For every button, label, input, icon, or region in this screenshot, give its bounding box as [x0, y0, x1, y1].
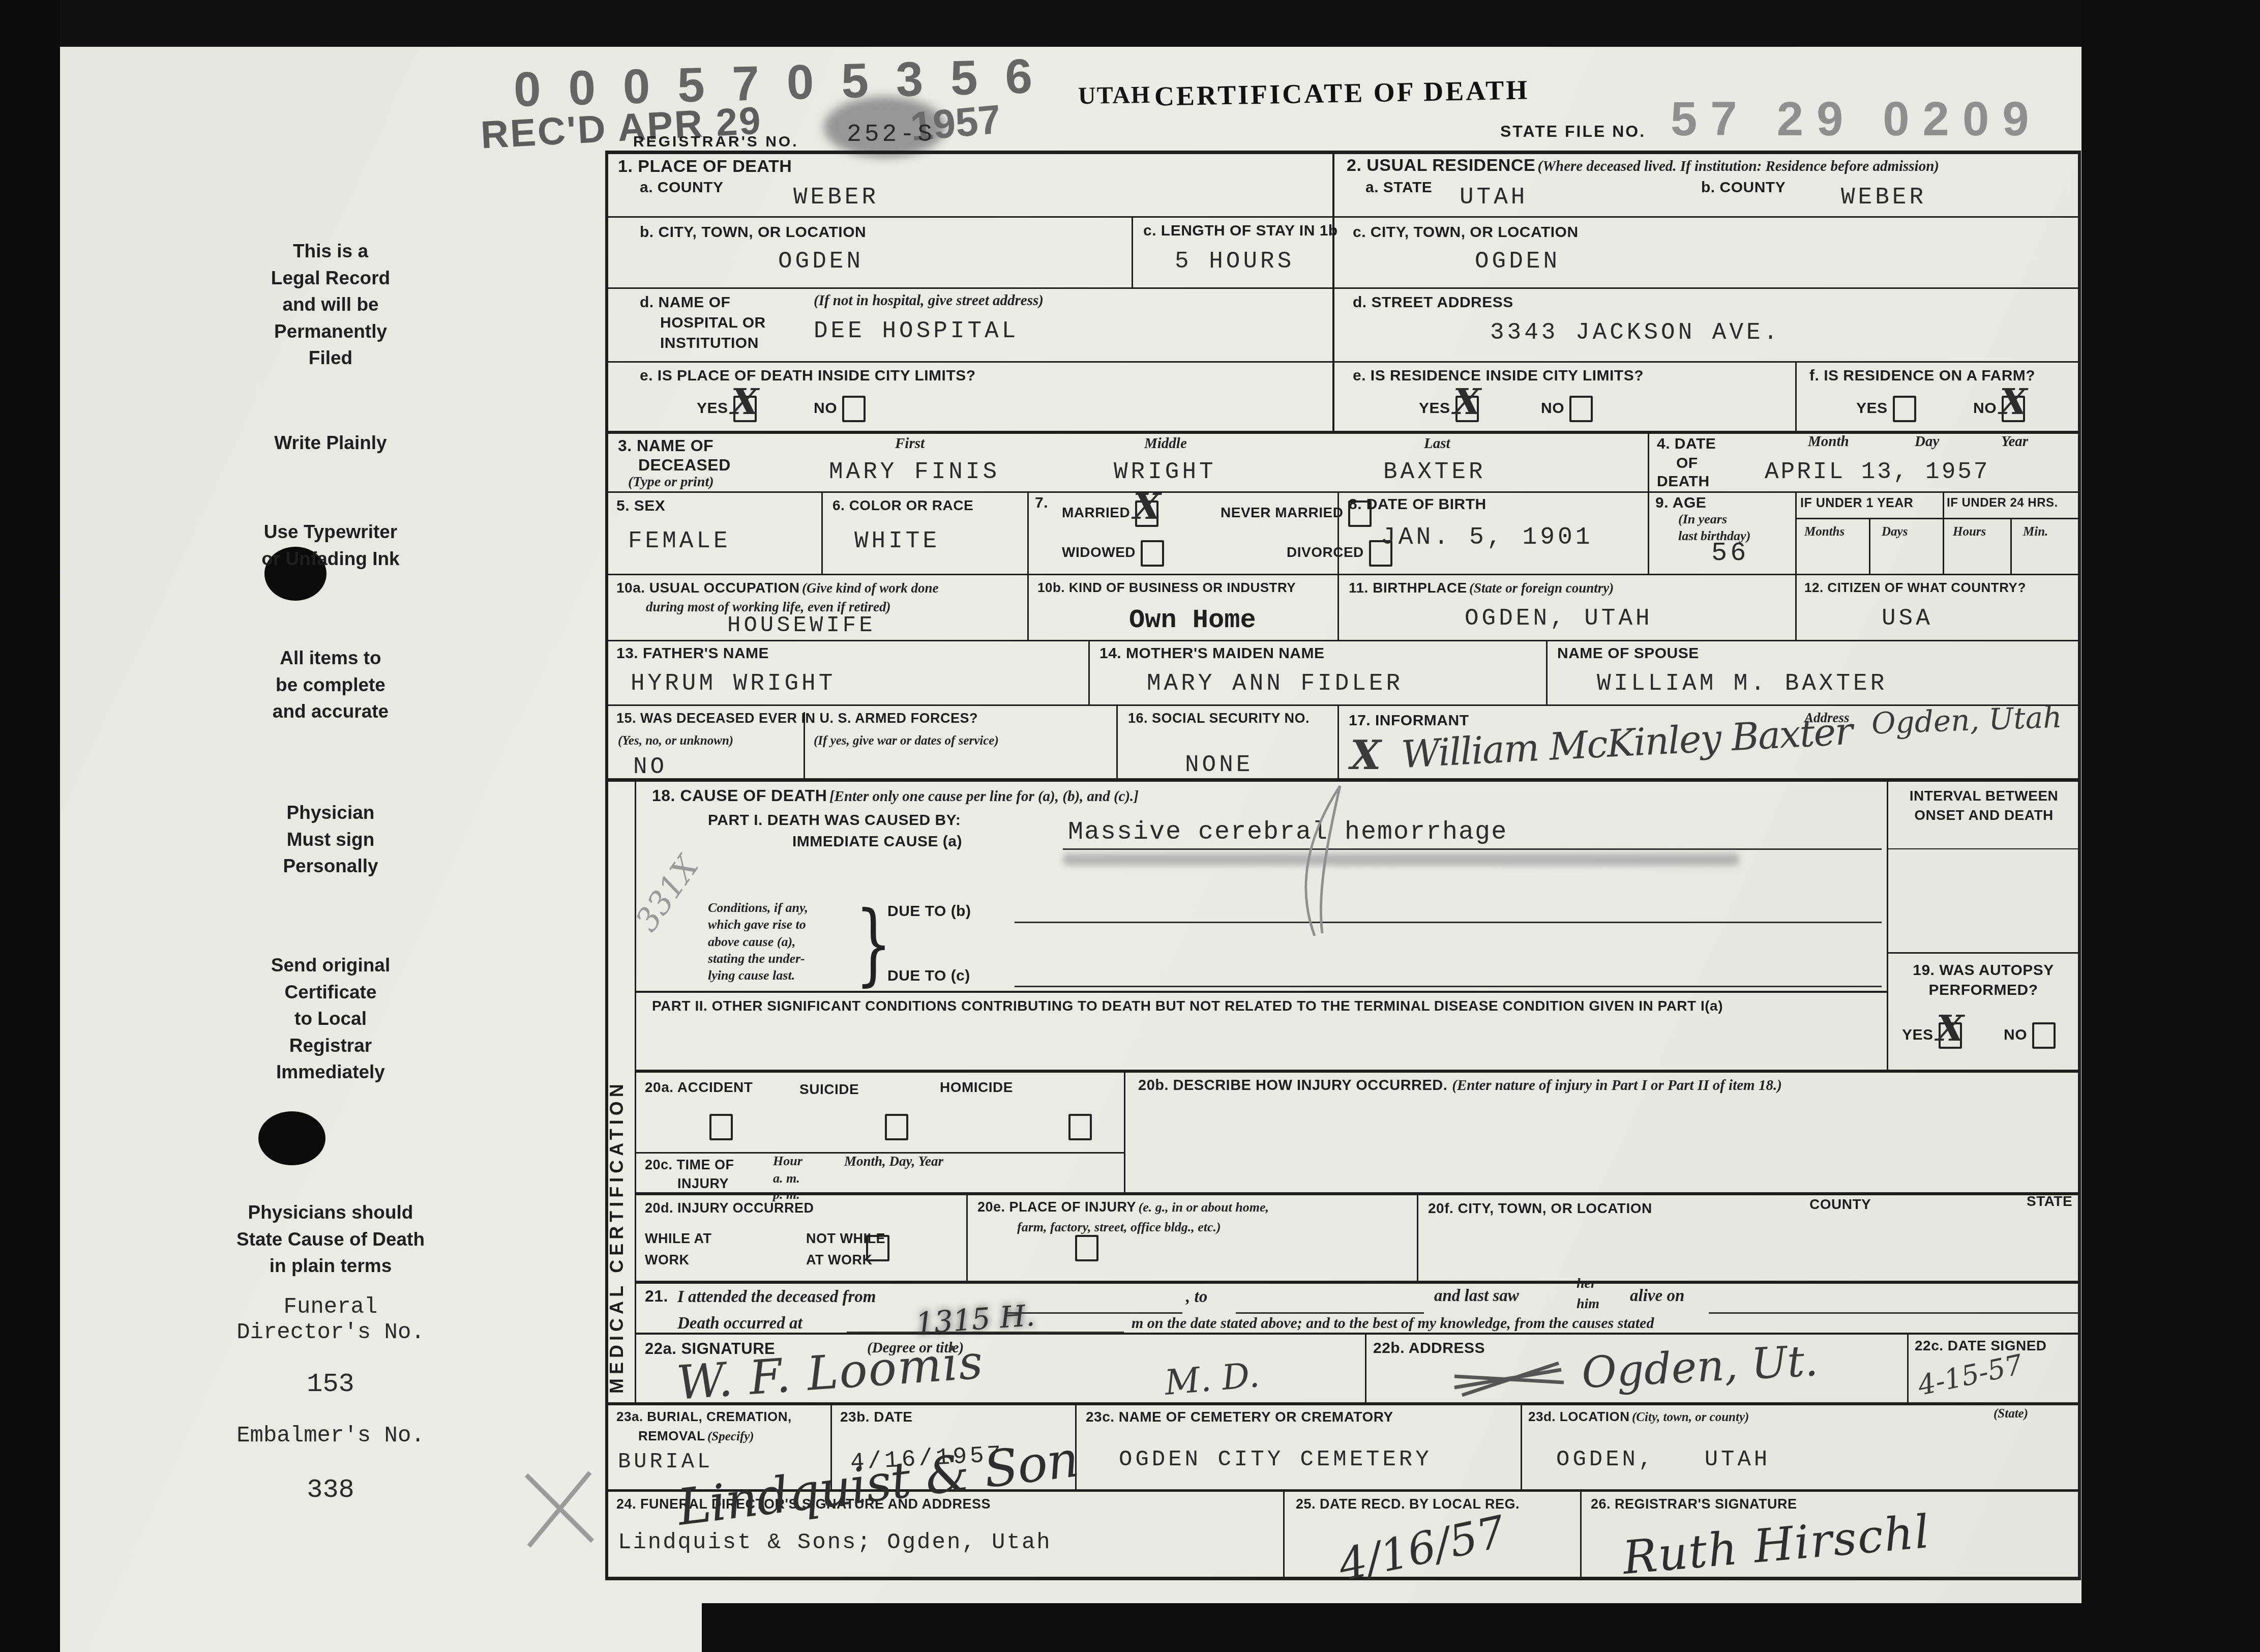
s3-middle-head: Middle — [1144, 435, 1187, 452]
s9-min-head: Min. — [2023, 525, 2048, 539]
state-file-number: 57 29 0209 — [1671, 92, 2042, 146]
s3-title: DECEASED — [638, 456, 731, 475]
write-in-line — [1063, 848, 1882, 850]
s3-last-head: Last — [1424, 435, 1450, 452]
s17-x-mark: X — [1350, 732, 1381, 779]
s23c-value: OGDEN CITY CEMETERY — [1119, 1447, 1432, 1472]
s1a-value: WEBER — [793, 184, 879, 211]
s16-label: 16. SOCIAL SECURITY NO. — [1128, 711, 1310, 726]
s23a-removal: REMOVAL — [638, 1428, 705, 1443]
s17-address-label: Address — [1804, 710, 1850, 726]
s2e-label: e. IS RESIDENCE INSIDE CITY LIMITS? — [1353, 367, 1644, 385]
s9-days-head: Days — [1882, 525, 1908, 539]
grid-line — [635, 991, 1887, 993]
s11-hint: (State or foreign country) — [1469, 580, 1614, 596]
s10a-label-row: 10a. USUAL OCCUPATION (Give kind of work… — [616, 580, 939, 596]
s15-hint1: (Yes, no, or unknown) — [618, 734, 733, 748]
margin-note-send-original: Send original Certificate to Local Regis… — [76, 952, 585, 1086]
s6-label: 6. COLOR OR RACE — [832, 497, 973, 514]
write-in-line — [1015, 986, 1882, 987]
s1d-label: d. NAME OF — [640, 294, 730, 311]
yes-label: YES — [697, 400, 728, 417]
grid-line — [635, 778, 636, 1404]
s20c-label: INJURY — [677, 1176, 729, 1192]
s6-value: WHITE — [854, 528, 940, 554]
s1a-label: a. COUNTY — [640, 179, 724, 196]
grid-line — [1795, 491, 1797, 574]
grid-line — [635, 1070, 2081, 1073]
s20e-label-row: 20e. PLACE OF INJURY (e. g., in or about… — [977, 1199, 1269, 1215]
grid-line — [1365, 1333, 1366, 1403]
grid-line — [1417, 1193, 1418, 1282]
pencil-x-mark — [519, 1465, 600, 1551]
widowed-label: WIDOWED — [1062, 544, 1136, 560]
s23d-state-hint: (State) — [1994, 1407, 2028, 1421]
s20f-label: 20f. CITY, TOWN, OR LOCATION — [1428, 1200, 1652, 1217]
s21-death-occurred-text: Death occurred at — [677, 1314, 802, 1333]
s1-title: 1. PLACE OF DEATH — [618, 157, 792, 176]
s20a-suicide-label: SUICIDE — [799, 1081, 859, 1098]
grid-line — [635, 1281, 2081, 1284]
s18-title-row: 18. CAUSE OF DEATH [Enter only one cause… — [652, 786, 1139, 805]
grid-line — [1124, 1071, 1125, 1193]
grid-line — [1580, 1489, 1582, 1578]
s12-value: USA — [1882, 605, 1933, 632]
s26-label: 26. REGISTRAR'S SIGNATURE — [1591, 1496, 1797, 1512]
s20e-hint: (e. g., in or about home, — [1139, 1200, 1269, 1215]
s7-widowed: WIDOWED — [1062, 540, 1169, 567]
s9-under-24hrs-label: IF UNDER 24 HRS. — [1947, 496, 2058, 510]
checkbox-s2e-no — [1569, 396, 1593, 422]
s2b-value: WEBER — [1841, 184, 1926, 211]
s10a-label: 10a. USUAL OCCUPATION — [616, 580, 800, 596]
s20a-accident-label: 20a. ACCIDENT — [645, 1079, 753, 1096]
s20b-hint: (Enter nature of injury in Part I or Par… — [1452, 1077, 1782, 1094]
margin-note-write-plainly: Write Plainly — [76, 430, 585, 457]
s23d-label: 23d. LOCATION — [1528, 1409, 1630, 1424]
grid-line — [605, 491, 2081, 493]
checkbox-married: X — [1135, 500, 1158, 527]
s17-label: 17. INFORMANT — [1349, 712, 1469, 729]
s21-him: him — [1577, 1296, 1599, 1312]
s1e-label: e. IS PLACE OF DEATH INSIDE CITY LIMITS? — [640, 367, 976, 385]
never-married-label: NEVER MARRIED — [1221, 505, 1343, 520]
s9-under-1yr-label: IF UNDER 1 YEAR — [1800, 496, 1913, 511]
s10a-value: HOUSEWIFE — [727, 613, 876, 638]
s5-value: FEMALE — [628, 528, 731, 554]
grid-line — [1027, 574, 1029, 640]
checkbox-s2f-no: X — [2002, 396, 2025, 422]
s1c-value: 5 HOURS — [1175, 248, 1294, 275]
s3-last-value: BAXTER — [1383, 459, 1486, 485]
crossed-out-scribble — [1449, 1357, 1571, 1403]
s2d-label: d. STREET ADDRESS — [1353, 294, 1513, 311]
grid-line — [966, 1193, 968, 1282]
grid-line — [605, 574, 2081, 575]
s13-label: 13. FATHER'S NAME — [616, 645, 769, 662]
medical-certification-label: MEDICAL CERTIFICATION — [606, 793, 634, 1394]
grid-line — [2078, 151, 2081, 1580]
s4-year-head: Year — [2001, 433, 2028, 450]
funeral-director-no-label: Funeral Director's No. — [76, 1294, 585, 1345]
s10b-value: Own Home — [1129, 605, 1256, 635]
scan-edge-bottom — [702, 1603, 2260, 1652]
s18-part1-label: PART I. DEATH WAS CAUSED BY: — [708, 812, 961, 829]
s21-alive-on-text: alive on — [1630, 1287, 1684, 1306]
grid-line — [1907, 1333, 1909, 1403]
s1b-label: b. CITY, TOWN, OR LOCATION — [640, 224, 866, 241]
s3-first-value: MARY FINIS — [829, 459, 1000, 485]
grid-line — [1795, 518, 2081, 519]
spouse-label: NAME OF SPOUSE — [1557, 645, 1699, 662]
s20e-hint: farm, factory, street, office bldg., etc… — [1017, 1220, 1221, 1235]
s20b-label-row: 20b. DESCRIBE HOW INJURY OCCURRED. (Ente… — [1138, 1077, 1782, 1094]
s23a-specify-hint: (Specify) — [707, 1430, 754, 1443]
grid-line — [1521, 1402, 1522, 1490]
s23d-value: OGDEN, UTAH — [1556, 1447, 1770, 1472]
checkbox-autopsy-no — [2032, 1022, 2056, 1049]
s23d-label-row: 23d. LOCATION (City, town, or county) — [1528, 1409, 1749, 1425]
s12-label: 12. CITIZEN OF WHAT COUNTRY? — [1804, 580, 2026, 596]
yes-label: YES — [1419, 400, 1450, 417]
s2a-label: a. STATE — [1365, 179, 1432, 196]
married-label: MARRIED — [1062, 505, 1130, 520]
s18-hint: [Enter only one cause per line for (a), … — [829, 788, 1139, 805]
grid-line — [605, 361, 2081, 363]
informant-address: Ogden, Utah — [1871, 699, 2063, 741]
no-label: NO — [814, 400, 837, 417]
no-label: NO — [1973, 400, 1997, 417]
title-state: UTAH — [1078, 81, 1151, 110]
s18-due-to-c-label: DUE TO (c) — [887, 967, 970, 985]
s18-immediate-cause-label: IMMEDIATE CAUSE (a) — [792, 833, 962, 850]
no-label: NO — [1541, 400, 1564, 417]
registrar-no-value: 252-S — [847, 121, 935, 149]
s14-value: MARY ANN FIDLER — [1147, 670, 1403, 697]
yes-label: YES — [1856, 400, 1888, 417]
grid-line — [1869, 518, 1870, 574]
part2-text: PART II. OTHER SIGNIFICANT CONDITIONS CO… — [652, 998, 1872, 1014]
scan-edge-top — [0, 0, 2260, 47]
grid-line — [605, 431, 2081, 434]
scan-edge-left — [0, 0, 60, 1652]
s21-tail-text: m on the date stated above; and to the b… — [1132, 1315, 2076, 1332]
s13-value: HYRUM WRIGHT — [631, 670, 836, 697]
grid-line — [821, 491, 823, 574]
embalmer-no-value: 338 — [76, 1475, 585, 1505]
physician-degree: M. D. — [1163, 1355, 1261, 1403]
s4-label: 4. DATE — [1657, 435, 1716, 453]
s3-title: 3. NAME OF — [618, 436, 713, 455]
s1d-label: INSTITUTION — [660, 335, 759, 352]
page-title: CERTIFICATE OF DEATH — [1154, 74, 1530, 112]
grid-line — [1337, 704, 1339, 778]
scan-edge-right — [2081, 0, 2260, 1652]
s23a-value: BURIAL — [618, 1450, 713, 1474]
margin-note-typewriter: Use Typewriter or Unfading Ink — [76, 519, 585, 572]
grid-line — [1132, 216, 1133, 287]
grid-line — [1546, 640, 1548, 704]
s2c-label: c. CITY, TOWN, OR LOCATION — [1353, 224, 1579, 241]
s2a-value: UTAH — [1460, 184, 1528, 211]
s20c-label: 20c. TIME OF — [645, 1157, 734, 1173]
embalmer-no-label: Embalmer's No. — [76, 1423, 585, 1449]
checkbox-s2e-yes: X — [1455, 396, 1479, 422]
s2d-value: 3343 JACKSON AVE. — [1490, 319, 1780, 346]
s21-last-saw-text: and last saw — [1434, 1287, 1519, 1306]
grid-line — [605, 704, 2081, 706]
funeral-director-no-value: 153 — [76, 1369, 585, 1399]
s2-hint: (Where deceased lived. If institution: R… — [1538, 158, 1939, 174]
s22b-label: 22b. ADDRESS — [1373, 1340, 1485, 1357]
check-mark: X — [2000, 380, 2028, 423]
grid-line — [605, 151, 2081, 154]
s20d-at-work: AT WORK — [806, 1252, 872, 1268]
s8-value: JAN. 5, 1901 — [1381, 524, 1593, 551]
checkbox-homicide — [1068, 1114, 1092, 1140]
s20c-am: a. m. — [773, 1171, 800, 1186]
grid-line — [1027, 491, 1029, 574]
registrar-no-label: REGISTRAR'S NO. — [633, 133, 799, 151]
write-in-line — [1236, 1312, 1424, 1314]
s21-to-text: , to — [1186, 1288, 1207, 1307]
grid-line — [1116, 704, 1118, 778]
margin-note-complete: All items to be complete and accurate — [76, 645, 585, 725]
s3-middle-value: WRIGHT — [1114, 459, 1216, 485]
margin-note-legal-record: This is a Legal Record and will be Perma… — [76, 238, 585, 372]
checkbox-autopsy-yes: X — [1939, 1022, 1962, 1049]
s9-label: 9. AGE — [1655, 494, 1706, 512]
s16-value: NONE — [1185, 752, 1253, 778]
s3-first-head: First — [895, 435, 925, 452]
s1b-value: OGDEN — [778, 248, 864, 275]
state-file-label: STATE FILE NO. — [1500, 122, 1646, 141]
s15-value: NO — [633, 754, 667, 780]
s23b-label: 23b. DATE — [840, 1409, 912, 1425]
checkbox-accident — [709, 1114, 733, 1140]
s1e-no: NO — [814, 396, 871, 422]
s2e-no: NO — [1541, 396, 1598, 422]
s2-title: 2. USUAL RESIDENCE — [1347, 156, 1535, 175]
grid-line — [1943, 491, 1944, 574]
pencil-check-stroke — [1287, 781, 1353, 943]
s4-label: OF — [1676, 455, 1698, 472]
checkbox-s1e-no — [842, 396, 866, 422]
s20e-label: 20e. PLACE OF INJURY — [977, 1199, 1136, 1215]
s20f-county-head: COUNTY — [1809, 1196, 1871, 1213]
s8-label: 8. DATE OF BIRTH — [1349, 496, 1486, 513]
grid-line — [1888, 952, 2081, 954]
spouse-value: WILLIAM M. BAXTER — [1597, 670, 1887, 697]
no-label: NO — [2004, 1026, 2027, 1043]
s20c-hour-head: Hour — [773, 1154, 802, 1169]
s18-conditions-note: Conditions, if any, which gave rise to a… — [708, 899, 808, 984]
s7-married: MARRIEDX — [1062, 500, 1164, 527]
s15-label: 15. WAS DECEASED EVER IN U. S. ARMED FOR… — [616, 711, 978, 726]
s23a-label: 23a. BURIAL, CREMATION, — [616, 1409, 792, 1425]
s22c-label: 22c. DATE SIGNED — [1915, 1338, 2047, 1354]
s4-day-head: Day — [1915, 433, 1939, 450]
check-mark: X — [1453, 380, 1481, 423]
s15-hint2: (If yes, give war or dates of service) — [814, 734, 999, 748]
s4-month-head: Month — [1808, 433, 1849, 450]
grid-line — [605, 216, 2081, 218]
checkbox-s1e-yes: X — [733, 396, 757, 422]
grid-line — [1795, 574, 1797, 640]
s2-title-row: 2. USUAL RESIDENCE (Where deceased lived… — [1347, 156, 1939, 175]
write-in-line — [1709, 1312, 2078, 1314]
s11-label: 11. BIRTHPLACE — [1349, 580, 1467, 596]
brace-glyph: } — [855, 893, 891, 996]
s20d-label: 20d. INJURY OCCURRED — [645, 1200, 814, 1216]
s19-yes: YESX — [1902, 1022, 1967, 1049]
s2e-yes: YESX — [1419, 396, 1484, 422]
grid-line — [1648, 431, 1649, 491]
s10a-hint: (Give kind of work done — [802, 580, 938, 596]
s1d-hint: (If not in hospital, give street address… — [814, 292, 1044, 309]
checkbox-widowed — [1141, 540, 1164, 567]
checkbox-not-while-at-work — [1075, 1235, 1098, 1261]
s20d-work: WORK — [645, 1252, 689, 1268]
write-in-line — [1015, 922, 1882, 923]
grid-line — [1332, 151, 1334, 432]
s19-label: 19. WAS AUTOPSY PERFORMED? — [1892, 960, 2075, 1000]
s18-title: 18. CAUSE OF DEATH — [652, 786, 827, 805]
s23d-hint: (City, town, or county) — [1632, 1410, 1749, 1424]
s7-number: 7. — [1035, 494, 1048, 512]
grid-line — [635, 1192, 2081, 1195]
s23a-label2: REMOVAL (Specify) — [638, 1428, 754, 1444]
s20b-label: 20b. DESCRIBE HOW INJURY OCCURRED. — [1138, 1077, 1447, 1094]
s20d-not-while: NOT WHILE — [806, 1231, 885, 1247]
grid-line — [1648, 491, 1649, 574]
grid-line — [605, 640, 2081, 641]
s2b-label: b. COUNTY — [1701, 179, 1786, 196]
grid-line — [605, 1402, 2081, 1405]
s3-hint: (Type or print) — [628, 474, 714, 490]
margin-note-plain-terms: Physicians should State Cause of Death i… — [76, 1199, 585, 1280]
checkbox-suicide — [885, 1114, 908, 1140]
s1d-label: HOSPITAL OR — [660, 314, 766, 332]
grid-line — [1088, 640, 1090, 704]
s11-value: OGDEN, UTAH — [1465, 605, 1653, 632]
checkbox-s2f-yes — [1893, 396, 1916, 422]
s2f-yes: YES — [1856, 396, 1921, 422]
s19-no: NO — [2004, 1022, 2056, 1049]
s18-due-to-b-label: DUE TO (b) — [887, 903, 971, 920]
s21-number: 21. — [645, 1287, 668, 1306]
s9-value: 56 — [1711, 538, 1749, 568]
s11-label-row: 11. BIRTHPLACE (State or foreign country… — [1349, 580, 1614, 596]
grid-line — [605, 287, 2081, 289]
s10b-label: 10b. KIND OF BUSINESS OR INDUSTRY — [1037, 580, 1296, 596]
grid-line — [1888, 848, 2081, 849]
s9-months-head: Months — [1804, 525, 1845, 539]
s20a-homicide-label: HOMICIDE — [940, 1079, 1013, 1096]
s21-attended-text: I attended the deceased from — [677, 1288, 876, 1307]
yes-label: YES — [1902, 1026, 1934, 1043]
grid-line — [1795, 361, 1797, 432]
s21-her: her — [1577, 1276, 1596, 1292]
check-mark: X — [731, 380, 759, 423]
check-mark: X — [1133, 485, 1161, 527]
s20c-mdy-head: Month, Day, Year — [844, 1154, 943, 1169]
punch-hole-bottom — [258, 1111, 325, 1165]
interval-header: INTERVAL BETWEEN ONSET AND DEATH — [1888, 786, 2080, 825]
s7-divorced: DIVORCED — [1287, 540, 1392, 567]
s20f-state-head: STATE — [2027, 1193, 2072, 1209]
margin-note-physician-sign: Physician Must sign Personally — [76, 800, 585, 880]
check-mark: X — [1937, 1007, 1965, 1049]
s23c-label: 23c. NAME OF CEMETERY OR CREMATORY — [1086, 1409, 1393, 1425]
grid-line — [1283, 1489, 1285, 1578]
grid-line — [2010, 518, 2012, 574]
scanned-death-certificate: 0005705356 REC'D APR 29 1957 REGISTRAR'S… — [0, 0, 2260, 1652]
s1c-label: c. LENGTH OF STAY IN 1b — [1143, 222, 1338, 240]
s4-label: DEATH — [1657, 473, 1710, 490]
s2f-no: NOX — [1973, 396, 2030, 422]
s5-label: 5. SEX — [616, 497, 665, 515]
grid-line — [1337, 574, 1339, 640]
s1d-value: DEE HOSPITAL — [814, 318, 1019, 344]
s20d-while-at: WHILE AT — [645, 1231, 711, 1247]
pencil-smudge — [1063, 853, 1739, 866]
s9-hours-head: Hours — [1953, 525, 1986, 539]
s14-label: 14. MOTHER'S MAIDEN NAME — [1099, 645, 1325, 662]
s2c-value: OGDEN — [1475, 248, 1560, 275]
divorced-label: DIVORCED — [1287, 544, 1364, 560]
s4-value: APRIL 13, 1957 — [1765, 459, 1989, 485]
s1e-yes: YESX — [697, 396, 762, 422]
